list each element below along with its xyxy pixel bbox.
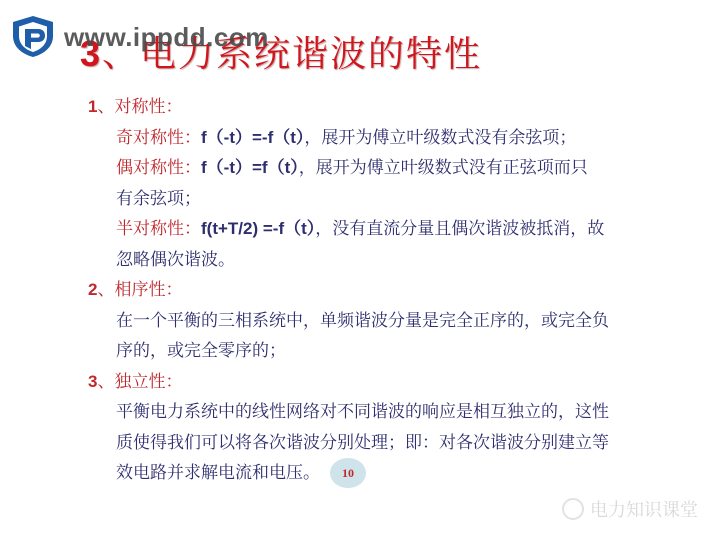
section-heading-text: 、对称性：	[97, 97, 182, 117]
body-text: ，没有直流分量且偶次谐波被抵消，故	[315, 219, 604, 239]
wechat-account-name: 电力知识课堂	[590, 496, 698, 522]
term-label: 偶对称性：	[116, 158, 201, 178]
slide: www.ippdd.com 3、电力系统谐波的特性 1、对称性： 奇对称性：f（…	[0, 0, 720, 540]
even-symmetry-line-cont: 有余弦项；	[88, 184, 658, 215]
wechat-icon	[562, 498, 584, 520]
slide-content: 1、对称性： 奇对称性：f（-t）=-f（t），展开为傅立叶级数式没有余弦项； …	[88, 92, 658, 489]
phase-sequence-line: 序的，或完全零序的；	[88, 336, 658, 367]
section-heading-phase-sequence: 2、相序性：	[88, 275, 658, 306]
formula: f(t+T/2) =-f（t）	[201, 219, 315, 238]
section-heading-independence: 3、独立性：	[88, 367, 658, 398]
phase-sequence-line: 在一个平衡的三相系统中，单频谐波分量是完全正序的，或完全负	[88, 306, 658, 337]
independence-line: 平衡电力系统中的线性网络对不同谐波的响应是相互独立的，这性	[88, 397, 658, 428]
body-text: ，展开为傅立叶级数式没有正弦项而只	[299, 158, 588, 178]
shield-logo-icon	[10, 14, 56, 58]
term-label: 奇对称性：	[116, 128, 201, 148]
page-number-badge: 10	[330, 458, 366, 488]
independence-line-last: 效电路并求解电流和电压。10	[88, 458, 658, 489]
odd-symmetry-line: 奇对称性：f（-t）=-f（t），展开为傅立叶级数式没有余弦项；	[88, 123, 658, 154]
site-watermark: www.ippdd.com	[64, 22, 269, 53]
body-text: 效电路并求解电流和电压。	[116, 463, 320, 483]
term-label: 半对称性：	[116, 219, 201, 239]
formula: f（-t）=-f（t）	[201, 128, 304, 147]
section-heading-symmetry: 1、对称性：	[88, 92, 658, 123]
half-wave-symmetry-line-cont: 忽略偶次谐波。	[88, 245, 658, 276]
half-wave-symmetry-line: 半对称性：f(t+T/2) =-f（t），没有直流分量且偶次谐波被抵消，故	[88, 214, 658, 245]
wechat-watermark: 电力知识课堂	[562, 496, 698, 522]
even-symmetry-line: 偶对称性：f（-t）=f（t），展开为傅立叶级数式没有正弦项而只	[88, 153, 658, 184]
section-heading-text: 、独立性：	[97, 372, 182, 392]
body-text: ，展开为傅立叶级数式没有余弦项；	[304, 128, 576, 148]
section-heading-text: 、相序性：	[97, 280, 182, 300]
formula: f（-t）=f（t）	[201, 158, 299, 177]
independence-line: 质使得我们可以将各次谐波分别处理；即：对各次谐波分别建立等	[88, 428, 658, 459]
